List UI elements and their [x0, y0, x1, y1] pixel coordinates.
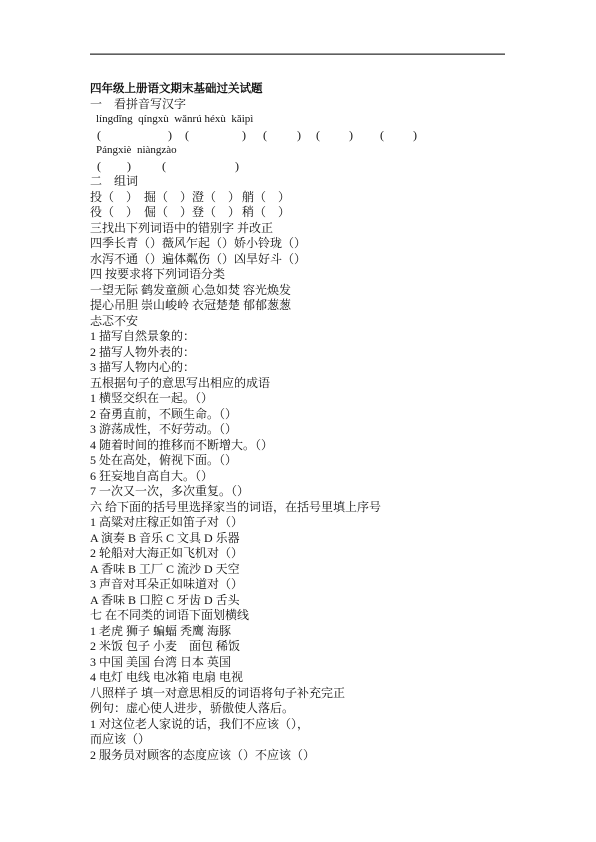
- idiom-item: 7 一次又一次，多次重复。（）: [90, 484, 510, 500]
- section-7-heading: 七 在不同类的词语下面划横线: [90, 608, 510, 624]
- analogy-options: A 演奏 B 音乐 C 文具 D 乐器: [90, 531, 510, 547]
- paren-close: ): [235, 159, 239, 175]
- analogy-question: 3 声音对耳朵正如味道对（）: [90, 577, 510, 593]
- paren-open: (: [185, 128, 189, 144]
- analogy-options: A 香味 B 口腔 C 牙齿 D 舌头: [90, 593, 510, 609]
- section-8-heading: 八照样子 填一对意思相反的词语将句子补充完正: [90, 686, 510, 702]
- section-3-heading: 三找出下列词语中的错别字 并改正: [90, 221, 510, 237]
- word-blank: 艄（ ）: [242, 190, 290, 206]
- paren-open: (: [263, 128, 267, 144]
- antonym-item: 而应该（）: [90, 732, 510, 748]
- analogy-question: 2 轮船对大海正如飞机对（）: [90, 546, 510, 562]
- document-title: 四年级上册语文期末基础过关试题: [90, 81, 510, 97]
- paren-close: ): [242, 128, 246, 144]
- word-blank: 倔（ ）: [144, 205, 192, 221]
- odd-one-out-item: 1 老虎 狮子 蝙蝠 秃鹰 海豚: [90, 624, 510, 640]
- paren-open: (: [316, 128, 320, 144]
- typo-line: 四季长青（）薇风乍起（）娇小铃珑（）: [90, 236, 510, 252]
- classification-question: 3 描写人物内心的：: [90, 360, 510, 376]
- odd-one-out-item: 2 米饭 包子 小麦 面包 稀饭: [90, 639, 510, 655]
- idiom-item: 3 游荡成性，不好劳动。（）: [90, 422, 510, 438]
- word-blank: 稍（ ）: [242, 205, 290, 221]
- example-sentence: 例句：虚心使人进步，骄傲使人落后。: [90, 701, 510, 717]
- idiom-item: 6 狂妄地自高自大。（）: [90, 469, 510, 485]
- paren-open: (: [380, 128, 384, 144]
- idiom-item: 2 奋勇直前，不顾生命。（）: [90, 407, 510, 423]
- section-5-heading: 五根据句子的意思写出相应的成语: [90, 376, 510, 392]
- word-list-line: 一望无际 鹤发童颜 心急如焚 容光焕发: [90, 283, 510, 299]
- analogy-question: 1 高粱对庄稼正如笛子对（）: [90, 515, 510, 531]
- section-2-heading: 二 组词: [90, 174, 510, 190]
- section-4-heading: 四 按要求将下列词语分类: [90, 267, 510, 283]
- word-group-row-1: 投（ ） 掘（ ） 澄（ ） 艄（ ）: [90, 190, 510, 206]
- answer-parens-row-2: ( ) ( ): [90, 159, 510, 175]
- answer-parens-row-1: ( ) ( ) ( ) ( ) ( ): [90, 128, 510, 144]
- paren-open: (: [97, 128, 101, 144]
- analogy-options: A 香味 B 工厂 C 流沙 D 天空: [90, 562, 510, 578]
- document-body: 四年级上册语文期末基础过关试题 一 看拼音写汉字 língdīng qíngxù…: [90, 81, 510, 763]
- idiom-item: 5 处在高处，俯视下面。（）: [90, 453, 510, 469]
- header-rule: [90, 53, 505, 55]
- idiom-item: 4 随着时间的推移而不断增大。（）: [90, 438, 510, 454]
- paren-close: ): [297, 128, 301, 144]
- word-blank: 投（ ）: [90, 190, 138, 206]
- classification-question: 2 描写人物外表的：: [90, 345, 510, 361]
- paren-close: ): [127, 159, 131, 175]
- antonym-item: 1 对这位老人家说的话，我们不应该（），: [90, 717, 510, 733]
- paren-close: ): [168, 128, 172, 144]
- document-page: 四年级上册语文期末基础过关试题 一 看拼音写汉字 língdīng qíngxù…: [0, 0, 596, 842]
- word-blank: 役（ ）: [90, 205, 138, 221]
- paren-close: ): [349, 128, 353, 144]
- pinyin-row-2: Pángxiè niàngzào: [90, 143, 510, 159]
- word-list-line: 忐忑不安: [90, 314, 510, 330]
- paren-close: ): [413, 128, 417, 144]
- word-group-row-2: 役（ ） 倔（ ） 登（ ） 稍（ ）: [90, 205, 510, 221]
- paren-open: (: [162, 159, 166, 175]
- classification-question: 1 描写自然景象的：: [90, 329, 510, 345]
- antonym-item: 2 服务员对顾客的态度应该（）不应该（）: [90, 748, 510, 764]
- odd-one-out-item: 3 中国 美国 台湾 日本 英国: [90, 655, 510, 671]
- word-blank: 登（ ）: [192, 205, 240, 221]
- typo-line: 水泻不通（）遍体粼伤（）凶旱好斗（）: [90, 252, 510, 268]
- word-list-line: 提心吊胆 崇山峻岭 衣冠楚楚 郁郁葱葱: [90, 298, 510, 314]
- word-blank: 掘（ ）: [144, 190, 192, 206]
- idiom-item: 1 横竖交织在一起。（）: [90, 391, 510, 407]
- pinyin-row-1: língdīng qíngxù wǎnrú héxù kǎipì: [90, 112, 510, 128]
- word-blank: 澄（ ）: [192, 190, 240, 206]
- section-1-heading: 一 看拼音写汉字: [90, 97, 510, 113]
- odd-one-out-item: 4 电灯 电线 电冰箱 电扇 电视: [90, 670, 510, 686]
- section-6-heading: 六 给下面的括号里选择家当的词语，在括号里填上序号: [90, 500, 510, 516]
- paren-open: (: [97, 159, 101, 175]
